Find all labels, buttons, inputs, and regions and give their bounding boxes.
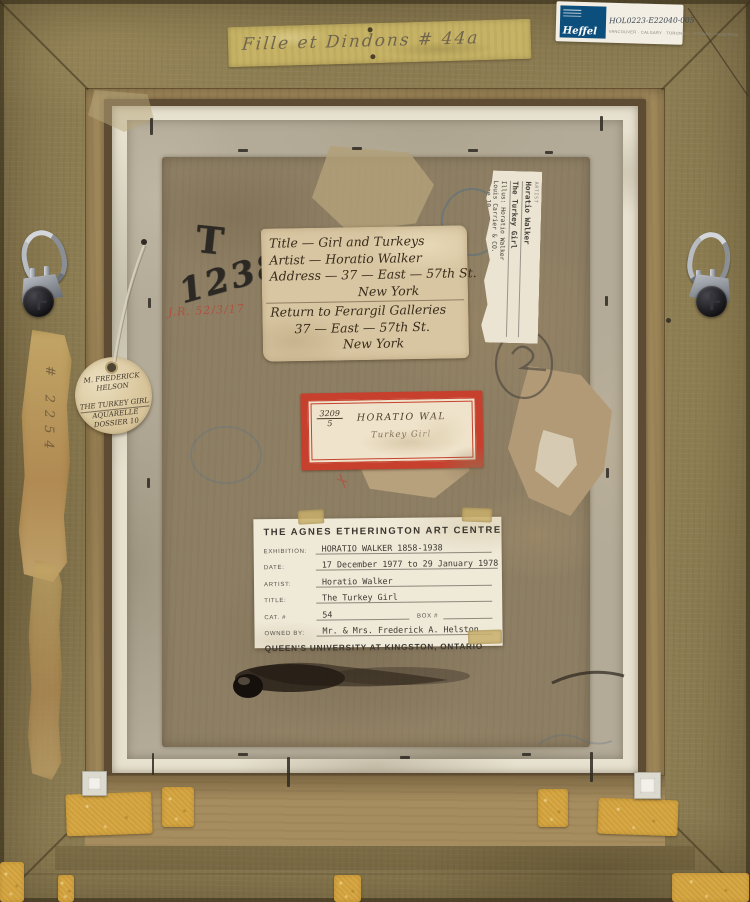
d-ring-right: [680, 232, 740, 320]
red-label-fraction: 3209 5: [317, 409, 343, 428]
staple: [147, 478, 150, 488]
corner-bumper-left: [82, 771, 107, 796]
tape-title-text: Fille et Dindons # 44a: [241, 28, 480, 55]
aec-field-value: HORATIO WALKER 1858-1938: [316, 541, 492, 554]
ink-label-line: Return to Ferargil Galleries: [266, 299, 464, 321]
foam-pad: [162, 787, 194, 827]
foam-pad: [65, 792, 152, 837]
frame-shadow-band: [55, 846, 695, 870]
staple: [522, 753, 531, 756]
heffel-sticker: Heffel HOL0223-E22040-005 VANCOUVER · CA…: [555, 1, 683, 45]
d-ring-screw-cap: [23, 286, 54, 317]
ink-label-line: New York: [271, 334, 461, 354]
staple: [352, 147, 362, 150]
red-label-fraction-top: 3209: [317, 409, 343, 419]
nail-hole: [666, 318, 671, 323]
side-tape-remnant: [28, 560, 62, 780]
aec-field-label: EXHIBITION:: [264, 548, 316, 555]
heffel-logo-lines: [563, 9, 581, 11]
nail: [150, 118, 153, 135]
ink-label-line: New York: [270, 282, 460, 302]
aec-field-value: 54: [316, 608, 409, 620]
screw-slot: [710, 294, 713, 310]
aec-field-label: ARTIST:: [264, 581, 316, 588]
staple: [468, 149, 478, 152]
heffel-catalog-code: HOL0223-E22040-005: [609, 16, 695, 26]
foam-pad: [672, 873, 749, 902]
foam-pad: [538, 789, 568, 827]
aec-row-exhibition: EXHIBITION: HORATIO WALKER 1858-1938: [264, 541, 492, 554]
nail: [287, 757, 290, 787]
aec-field-label: CAT. #: [264, 614, 316, 621]
side-tape-note: # 2254: [39, 365, 57, 545]
corner-bumper-inner: [640, 778, 655, 793]
staple: [605, 296, 608, 306]
heffel-brand: Heffel: [563, 25, 598, 37]
foam-pad: [58, 875, 74, 902]
corner-bumper-inner: [88, 777, 101, 790]
nail: [600, 116, 603, 131]
frame-edge-line: [0, 873, 750, 875]
corner-bumper-right: [634, 772, 661, 799]
frame-miter-top-left: [0, 0, 89, 91]
aec-field-label: BOX #: [417, 613, 443, 619]
nail: [590, 752, 593, 782]
side-tape-remnant: # 2254: [18, 330, 72, 583]
aec-field-label: TITLE:: [264, 598, 316, 605]
aec-exhibition-label: THE AGNES ETHERINGTON ART CENTRE EXHIBIT…: [253, 517, 502, 649]
tape-bit: [462, 507, 492, 522]
aec-header: THE AGNES ETHERINGTON ART CENTRE: [263, 525, 491, 538]
aec-field-label: DATE:: [264, 565, 316, 572]
aec-field-value: Mr. & Mrs. Frederick A. Helston: [316, 624, 492, 637]
aec-row-cat-box: CAT. # 54 BOX #: [264, 607, 492, 620]
aec-row-title: TITLE: The Turkey Girl: [264, 591, 492, 604]
typed-inventory-label: ARTIST Horatio Walker The Turkey Girl Il…: [481, 170, 542, 343]
d-ring-screw-cap: [696, 286, 727, 317]
heffel-logo: Heffel: [560, 5, 607, 38]
foam-pad: [597, 798, 678, 837]
staple: [400, 756, 410, 759]
ink-label-line: Address — 37 — East — 57th St.: [270, 265, 460, 285]
aec-field-label: OWNED BY:: [265, 631, 317, 638]
tape-hole: [370, 54, 375, 59]
tape-bit: [468, 629, 502, 644]
tape-bit: [298, 509, 325, 524]
staple: [606, 468, 609, 478]
typed-label-content: ARTIST Horatio Walker The Turkey Girl Il…: [481, 170, 542, 343]
aec-row-artist: ARTIST: Horatio Walker: [264, 574, 492, 587]
staple: [238, 753, 248, 756]
crayon-letter: T: [194, 217, 226, 264]
aec-field-value: Horatio Walker: [316, 574, 492, 587]
nail: [152, 753, 154, 775]
foam-pad: [0, 862, 24, 902]
aec-field-value: [443, 617, 492, 619]
masking-tape-title: Fille et Dindons # 44a: [228, 19, 532, 67]
aec-field-value: 17 December 1977 to 29 January 1978: [316, 558, 499, 571]
aec-field-value: The Turkey Girl: [316, 591, 492, 604]
aec-row-owned-by: OWNED BY: Mr. & Mrs. Frederick A. Helsto…: [264, 624, 492, 637]
screw-slot: [37, 294, 40, 310]
ink-provenance-label: Title — Girl and Turkeys Artist — Horati…: [261, 225, 469, 362]
staple: [148, 298, 151, 308]
photo-artwork-verso: T 1238 J.R. 52/3/17 # 2254 Title — Girl …: [0, 0, 750, 902]
red-label-fraction-bottom: 5: [317, 419, 343, 428]
d-ring-left: [18, 230, 78, 318]
tape-hole: [368, 27, 373, 32]
foam-pad: [334, 875, 361, 902]
aec-row-date: DATE: 17 December 1977 to 29 January 197…: [264, 558, 492, 571]
staple: [545, 151, 553, 154]
staple: [238, 149, 248, 152]
